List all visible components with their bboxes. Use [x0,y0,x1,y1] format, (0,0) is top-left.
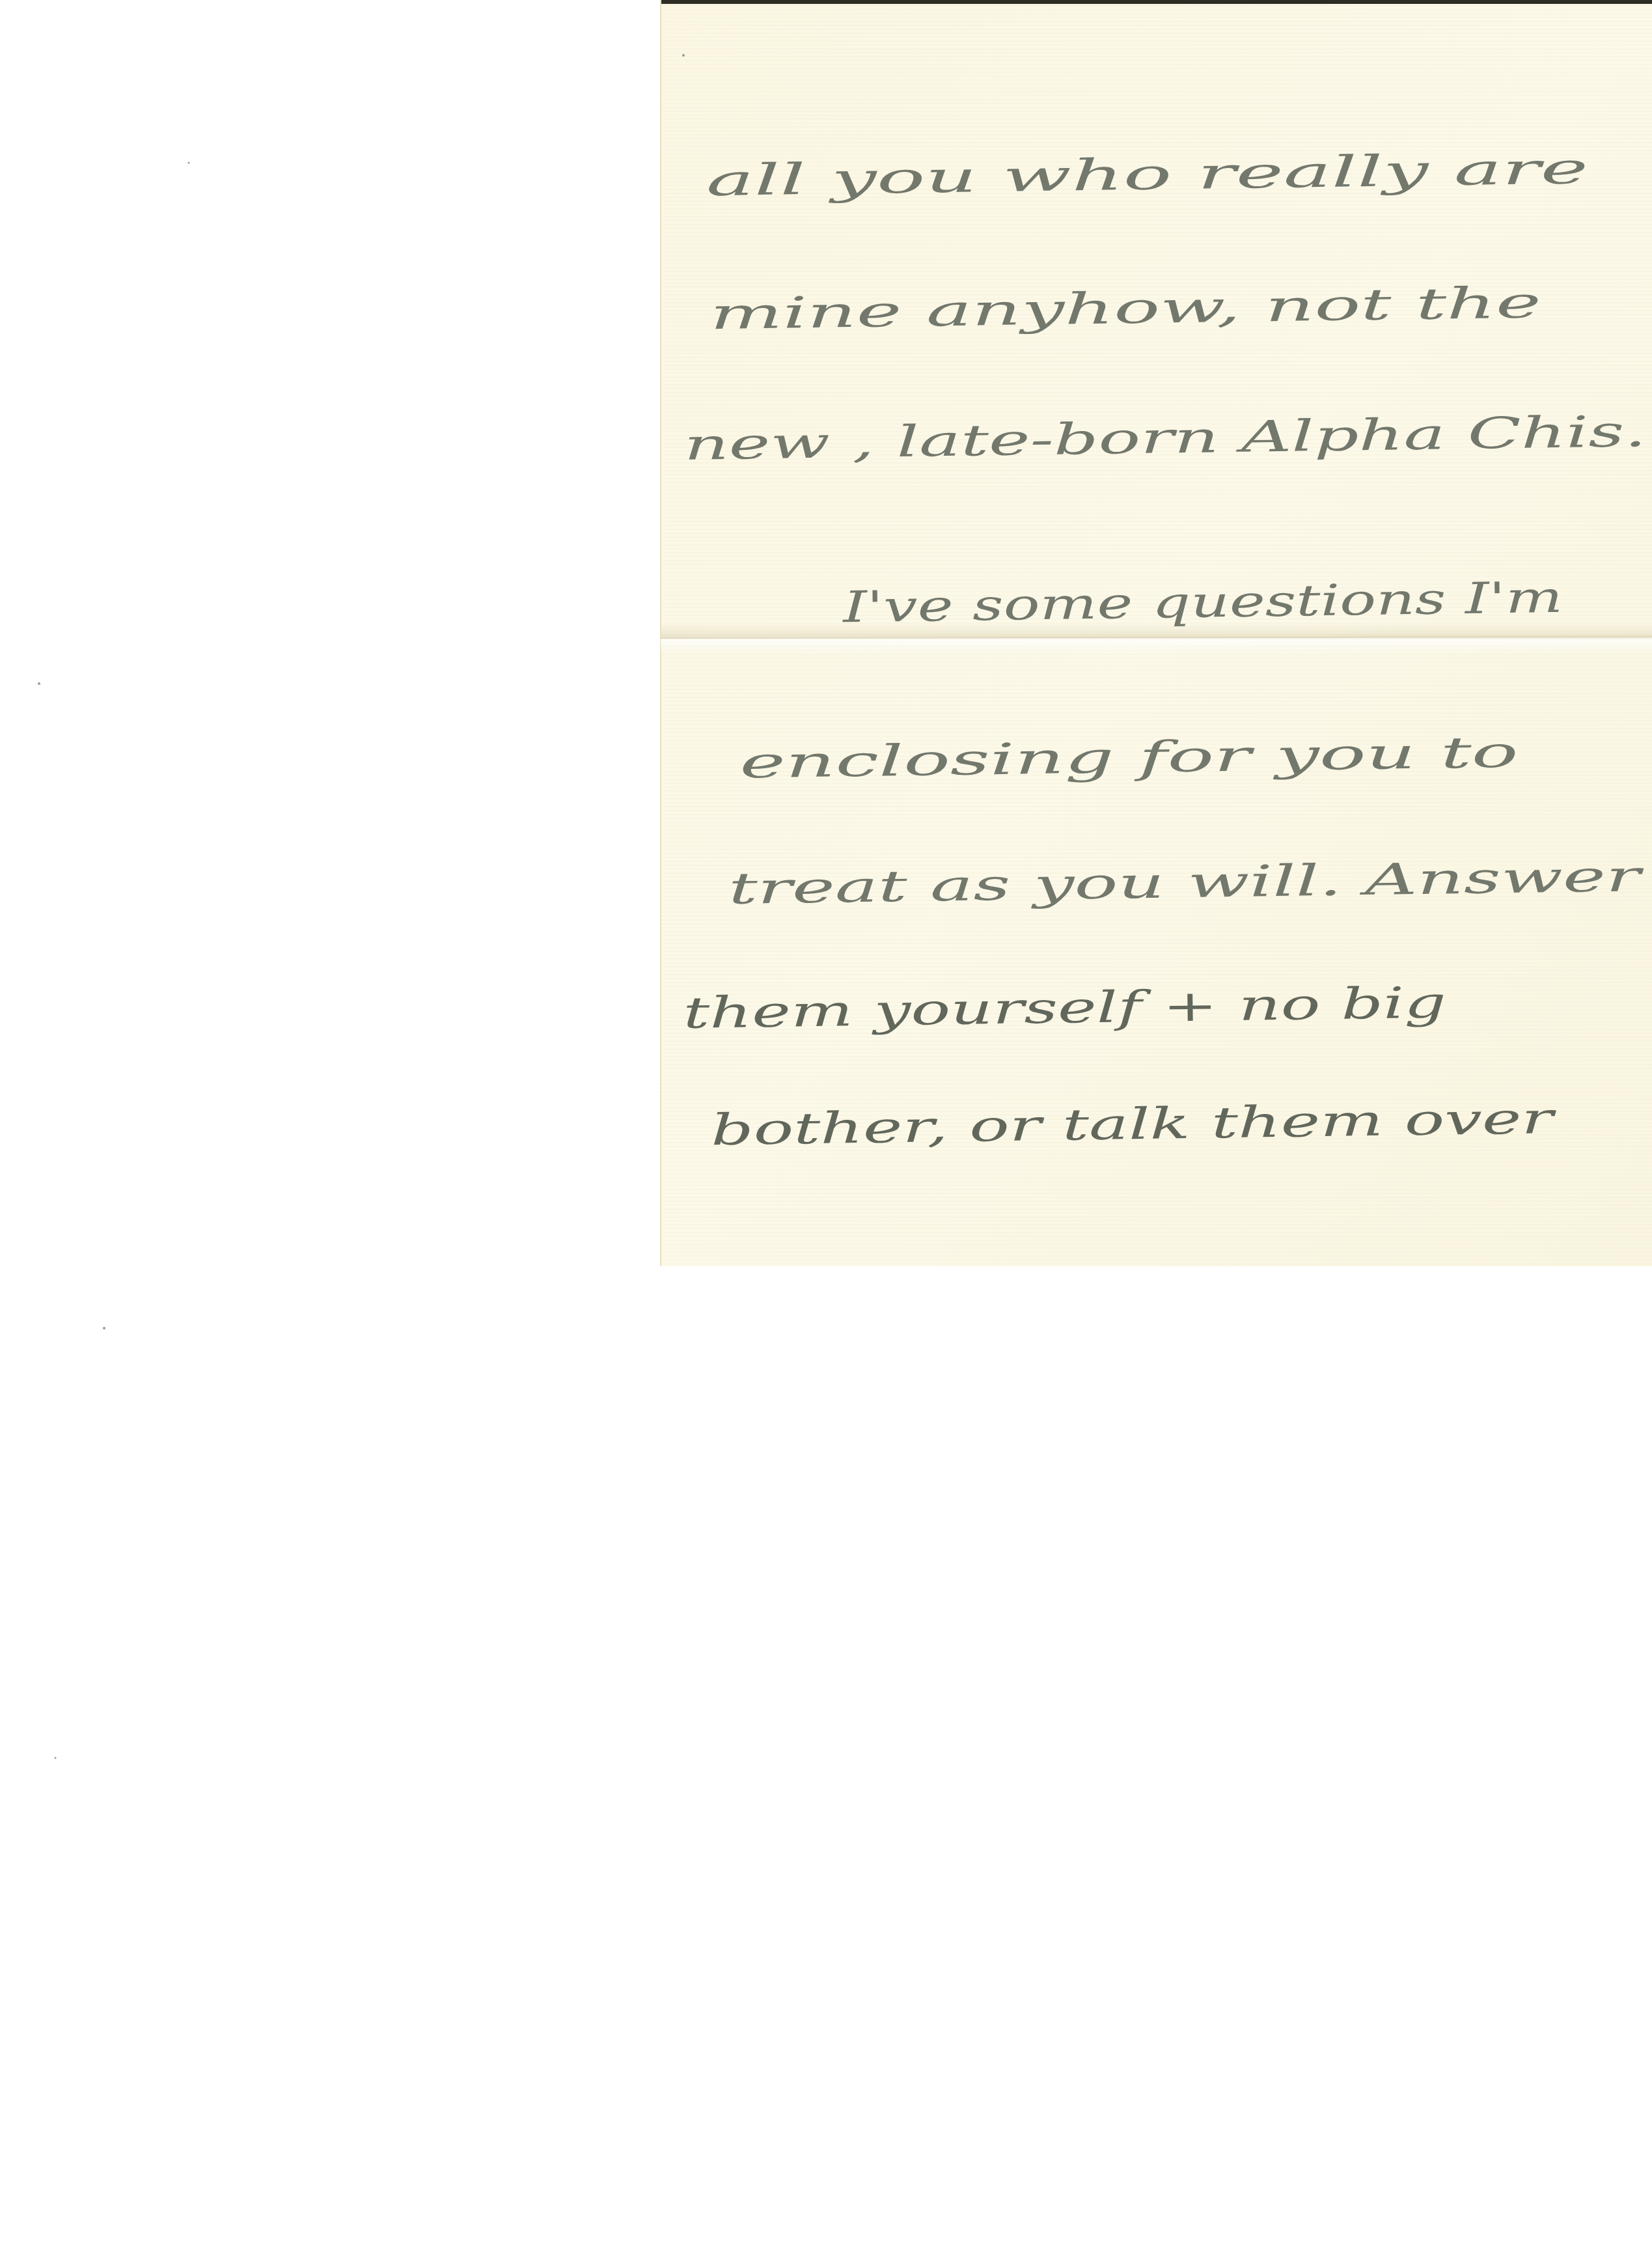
letter-line-4: I've some questions I'm [842,572,1563,632]
top-edge-shadow [661,0,1652,4]
scan-specks [38,54,685,1759]
scan-canvas: all you who really are mine anyhow, not … [0,0,1652,2254]
scanned-page: all you who really are mine anyhow, not … [0,0,1652,2254]
letter-line-7: them yourself + no big [683,977,1446,1038]
